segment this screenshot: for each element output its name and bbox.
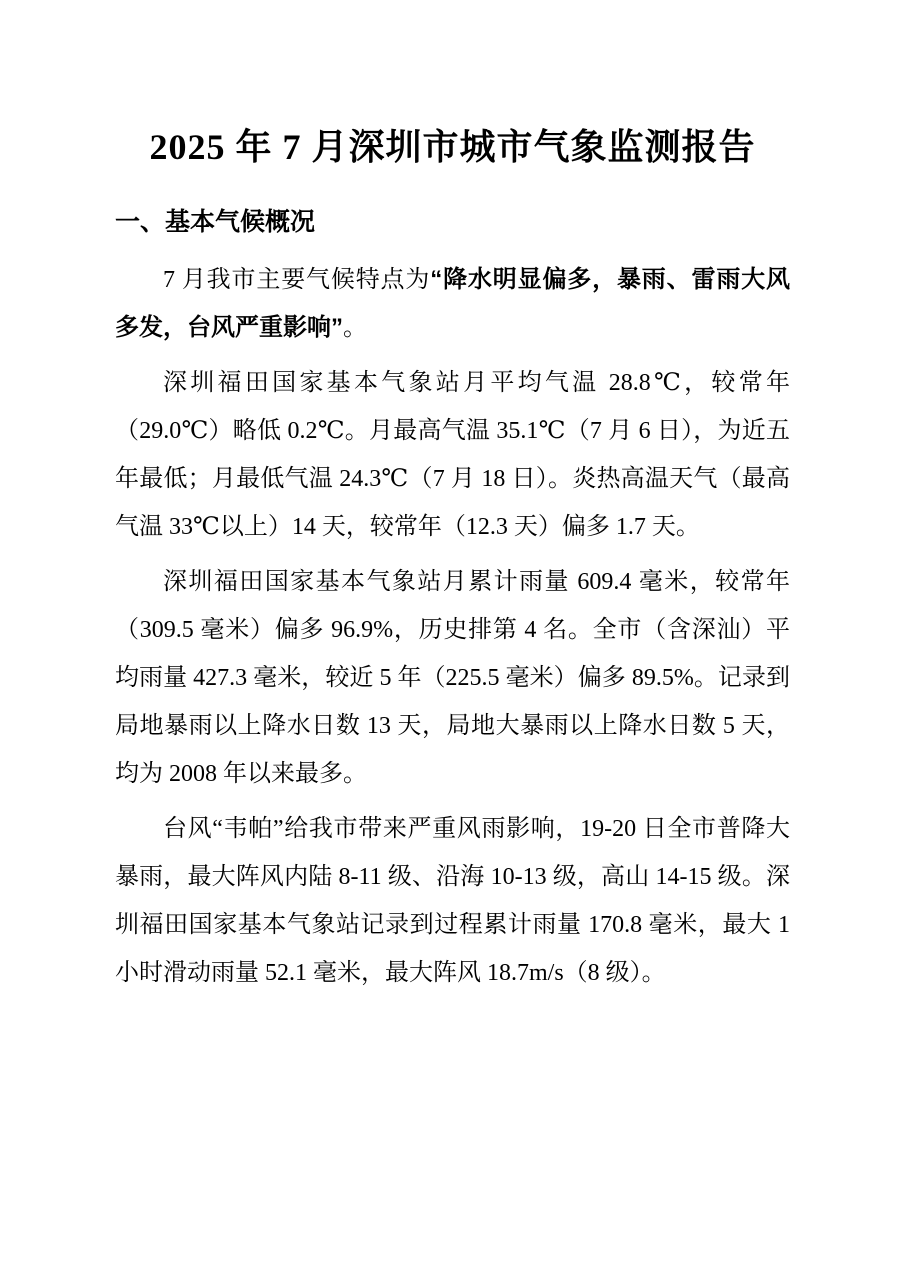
section-heading-basic-climate-overview: 一、基本气候概况 [115, 200, 790, 244]
paragraph-climate-features-prefix: 7 月我市主要气候特点为 [163, 267, 430, 293]
document-title: 2025 年 7 月深圳市城市气象监测报告 [115, 121, 790, 173]
paragraph-rainfall: 深圳福田国家基本气象站月累计雨量 609.4 毫米，较常年（309.5 毫米）偏… [115, 558, 790, 798]
document-page: 2025 年 7 月深圳市城市气象监测报告 一、基本气候概况 7 月我市主要气候… [0, 0, 900, 1273]
paragraph-temperature: 深圳福田国家基本气象站月平均气温 28.8℃，较常年（29.0℃）略低 0.2℃… [115, 359, 790, 551]
paragraph-climate-features-suffix: 。 [343, 315, 367, 341]
document-content: 2025 年 7 月深圳市城市气象监测报告 一、基本气候概况 7 月我市主要气候… [0, 0, 900, 997]
paragraph-typhoon: 台风“韦帕”给我市带来严重风雨影响，19-20 日全市普降大暴雨，最大阵风内陆 … [115, 805, 790, 997]
paragraph-climate-features: 7 月我市主要气候特点为“降水明显偏多，暴雨、雷雨大风多发，台风严重影响”。 [115, 256, 790, 352]
